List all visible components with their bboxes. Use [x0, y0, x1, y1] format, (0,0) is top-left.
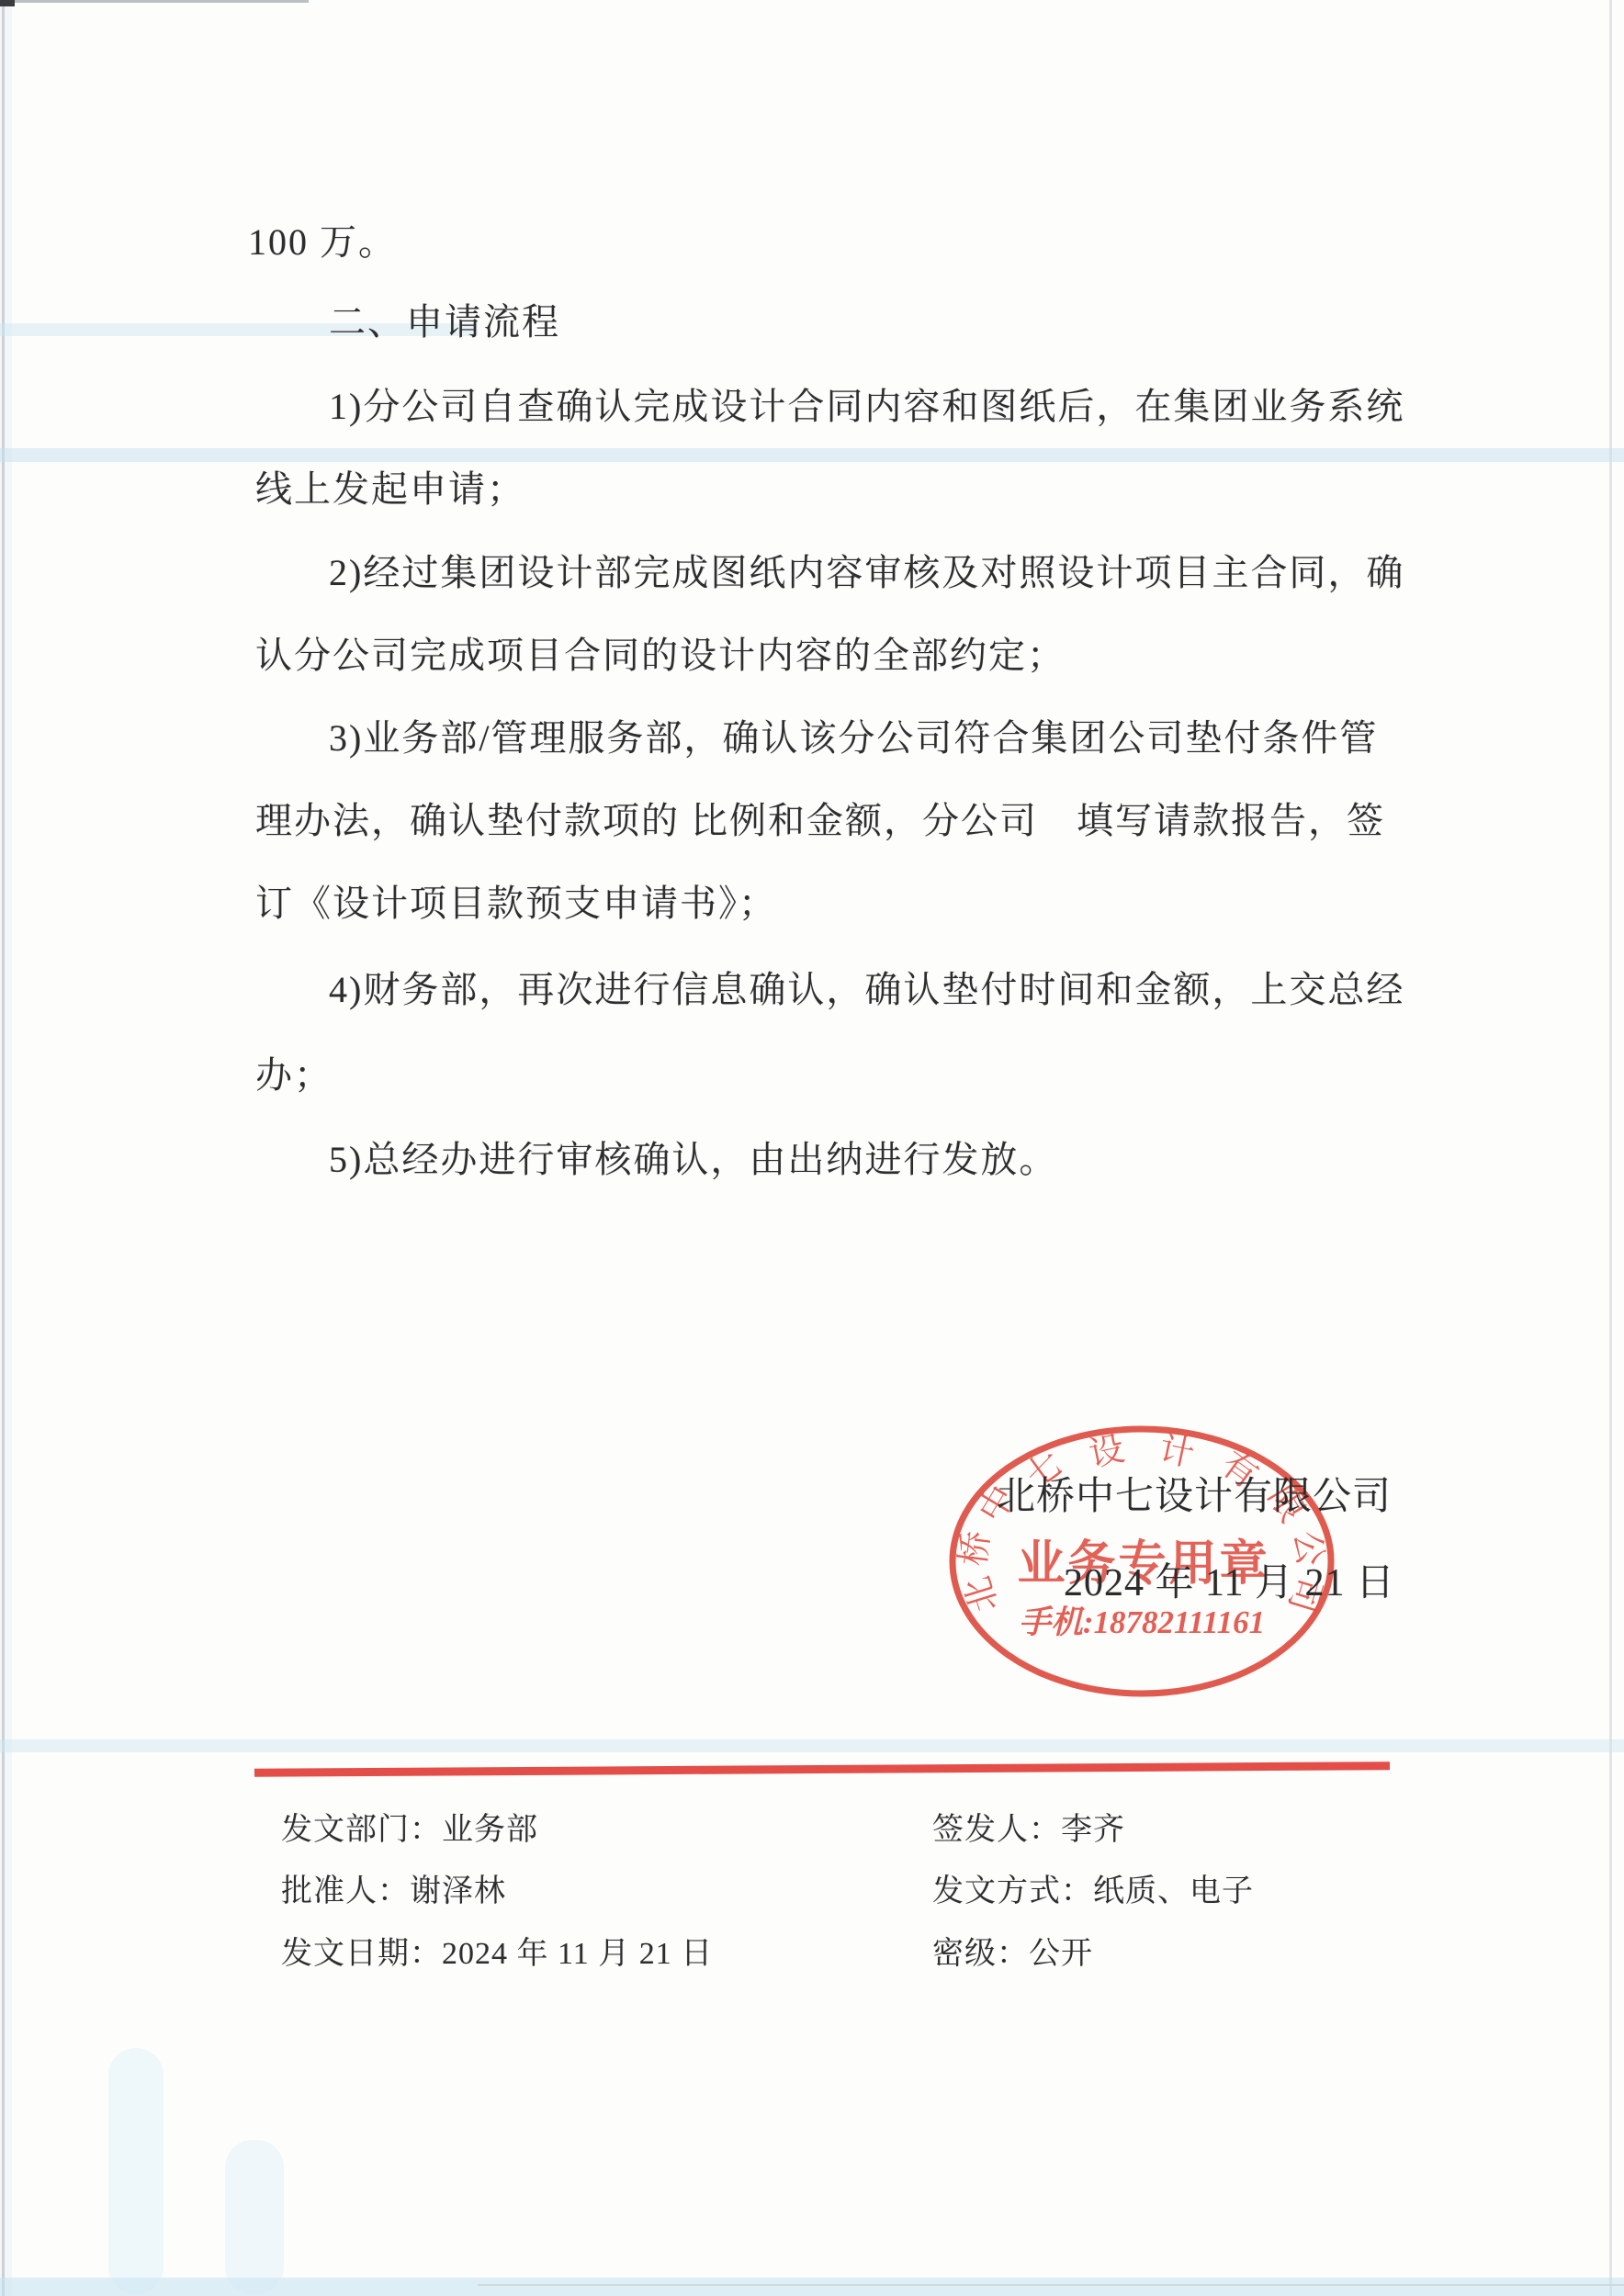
svg-text:桥: 桥	[954, 1529, 997, 1569]
scan-streak	[0, 448, 1624, 462]
scan-right-edge-line	[1609, 0, 1612, 2296]
field-value: 公开	[1029, 1937, 1093, 1971]
signature-date: 2024 年 11 月 21 日	[1064, 1552, 1395, 1607]
scan-bottom-edge-line	[478, 2284, 1624, 2286]
body-line: 3)业务部/管理服务部，确认该分公司符合集团公司垫付条件管	[329, 717, 1378, 760]
scan-streak	[0, 1739, 1624, 1752]
field-label: 发文日期：	[281, 1937, 442, 1971]
body-line: 4)财务部，再次进行信息确认，确认垫付时间和金额，上交总经	[329, 969, 1404, 1011]
scanned-document-page: { "document": { "body_lines": [ "100 万。"…	[0, 0, 1624, 2296]
body-line: 100 万。	[248, 221, 397, 264]
body-line: 5)总经办进行审核确认，由出纳进行发放。	[329, 1139, 1057, 1181]
scan-bottom-band	[0, 2278, 1624, 2296]
scan-corner-mark	[0, 0, 15, 6]
scan-left-wash	[0, 0, 12, 2296]
field-label: 发文方式：	[932, 1874, 1093, 1908]
field-label: 密级：	[932, 1937, 1029, 1971]
footer-field-signer: 签发人：李齐	[932, 1804, 1125, 1849]
body-line: 理办法，确认垫付款项的 比例和金额，分公司 填写请款报告，签	[255, 800, 1385, 842]
body-line: 认分公司完成项目合同的设计内容的全部约定；	[255, 635, 1066, 677]
field-label: 批准人：	[281, 1874, 410, 1908]
field-value: 业务部	[442, 1813, 538, 1847]
section-heading: 二、申请流程	[329, 301, 560, 343]
footer-red-divider	[254, 1761, 1390, 1777]
signature-company-name: 北桥中七设计有限公司	[997, 1466, 1392, 1521]
footer-field-issue-date: 发文日期：2024 年 11 月 21 日	[281, 1928, 713, 1973]
body-line: 2)经过集团设计部完成图纸内容审核及对照设计项目主合同，确	[329, 552, 1404, 594]
field-value: 李齐	[1061, 1813, 1125, 1847]
scan-smudge	[108, 2048, 164, 2294]
body-line: 订《设计项目款预支申请书》；	[255, 883, 777, 925]
field-value: 2024 年 11 月 21 日	[442, 1937, 713, 1971]
footer-field-issuing-department: 发文部门：业务部	[281, 1804, 538, 1849]
field-label: 发文部门：	[281, 1813, 442, 1847]
body-line: 线上发起申请；	[255, 468, 525, 511]
field-value: 谢泽林	[410, 1874, 506, 1908]
body-line: 办；	[255, 1054, 333, 1097]
field-value: 纸质、电子	[1093, 1874, 1254, 1908]
field-label: 签发人：	[932, 1813, 1061, 1847]
body-line: 1)分公司自查确认完成设计合同内容和图纸后，在集团业务系统	[329, 386, 1404, 428]
scan-smudge	[225, 2140, 284, 2294]
footer-field-classification: 密级：公开	[932, 1928, 1093, 1973]
footer-field-issue-method: 发文方式：纸质、电子	[932, 1865, 1254, 1910]
footer-field-approver: 批准人：谢泽林	[281, 1865, 506, 1910]
seal-phone-number: 手机:18782111161	[1019, 1604, 1265, 1640]
scan-top-edge-line	[0, 0, 309, 3]
scan-left-edge-line	[2, 0, 5, 2296]
